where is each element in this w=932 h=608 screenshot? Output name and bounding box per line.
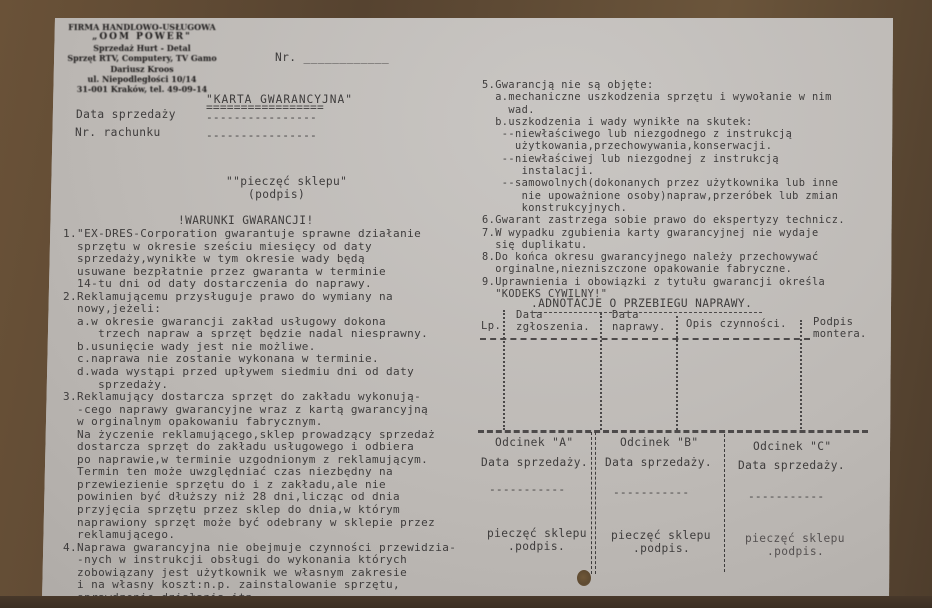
shop-stamp-label: ""pieczęć sklepu" — [226, 176, 347, 189]
repairs-table-heading: .ADNOTACJE O PRZEBIEGU NAPRAWY. — [531, 298, 752, 311]
condition-line: w orginalnym opakowaniu fabrycznym. — [63, 416, 456, 429]
stamp-line: „OOM POWER" — [62, 32, 222, 42]
sale-date-label: Data sprzedaży — [76, 109, 176, 122]
coupon-c-title: Odcinek "C" — [753, 441, 832, 454]
condition-line: --samowolnych(dokonanych przez użytkowni… — [482, 177, 845, 189]
coupon-a-title: Odcinek "A" — [495, 437, 574, 450]
coupon-a-stamp: pieczęć sklepu — [487, 528, 587, 541]
coupon-b-sign: .podpis. — [633, 543, 690, 556]
coupon-a-date-label: Data sprzedaży. — [481, 457, 588, 470]
repairs-heading-underline — [534, 312, 762, 313]
condition-line: 5.Gwarancją nie są objęte: — [482, 79, 845, 91]
conditions-heading: !WARUNKI GWARANCJI! — [178, 215, 314, 228]
stamp-line: 31-001 Kraków, tel. 49-09-14 — [62, 84, 222, 94]
stamp-line: Dariusz Kroos — [62, 64, 222, 74]
condition-line: reklamującego. — [63, 529, 456, 542]
sale-date-value: ---------------- — [206, 112, 317, 125]
condition-line: i na własny koszt:n.p. zainstalowanie sp… — [63, 579, 456, 592]
condition-line: d.wada wystąpi przed upływem siedmiu dni… — [63, 366, 456, 379]
company-stamp: FIRMA HANDLOWO-USŁUGOWA „OOM POWER" Sprz… — [62, 22, 222, 95]
coupon-a-date-value: ----------- — [489, 484, 565, 497]
coupon-separator — [724, 434, 728, 572]
condition-line: 8.Do końca okresu gwarancyjnego należy p… — [482, 251, 845, 263]
condition-line: 3.Reklamujący dostarcza sprzęt do zakład… — [63, 391, 456, 404]
condition-line: nie upoważnione osoby)napraw,przeróbek l… — [482, 190, 845, 202]
coupon-c-stamp: pieczęć sklepu — [745, 533, 845, 546]
coupon-b-stamp: pieczęć sklepu — [611, 530, 711, 543]
col-header-report-date-1: Data — [516, 309, 543, 322]
coupon-c-date-value: ----------- — [748, 491, 824, 504]
condition-line: instalacji. — [482, 165, 845, 177]
condition-line: 1."EX-DRES-Corporation gwarantuje sprawn… — [63, 228, 456, 241]
condition-line: 14-tu dni od daty dostarczenia do napraw… — [63, 278, 456, 291]
shop-signature-label: (podpis) — [248, 189, 305, 202]
conditions-right-column: 5.Gwarancją nie są objęte: a.mechaniczne… — [482, 79, 845, 300]
condition-line: użytkowania,przechowywania,konserwacji. — [482, 140, 845, 152]
col-header-repair-date-2: naprawy. — [612, 321, 666, 334]
card-number-field: Nr. ____________ — [275, 52, 389, 65]
condition-line: --niewłaściwego lub niezgodnego z instru… — [482, 128, 845, 140]
condition-line: wad. — [482, 104, 845, 116]
condition-line: a.mechaniczne uszkodzenia sprzętu i wywo… — [482, 91, 845, 103]
table-surface-edge — [0, 596, 932, 608]
coupon-b-title: Odcinek "B" — [620, 437, 699, 450]
condition-line: się duplikatu. — [482, 239, 845, 251]
paper-stain — [577, 570, 591, 586]
stamp-line: Sprzedaż Hurt - Detal — [62, 43, 222, 53]
col-header-signature-1: Podpis — [813, 316, 853, 329]
invoice-number-label: Nr. rachunku — [75, 127, 161, 140]
col-header-lp: Lp. — [481, 320, 501, 333]
table-col-divider — [600, 313, 602, 430]
condition-line: nowy,jeżeli: — [63, 303, 456, 316]
col-header-description: Opis czynności. — [686, 318, 787, 331]
col-header-report-date-2: zgłoszenia. — [516, 321, 590, 334]
condition-line: --niewłaściwej lub niezgodnej z instrukc… — [482, 153, 845, 165]
condition-line: orginalne,niezniszczone opakowanie fabry… — [482, 263, 845, 275]
table-header-rule — [480, 338, 810, 340]
condition-line: konstrukcyjnych. — [482, 202, 845, 214]
coupon-c-date-label: Data sprzedaży. — [738, 460, 845, 473]
condition-line: 6.Gwarant zastrzega sobie prawo do ekspe… — [482, 214, 845, 226]
stamp-line: FIRMA HANDLOWO-USŁUGOWA — [62, 22, 222, 32]
coupon-c-sign: .podpis. — [767, 546, 824, 559]
col-header-signature-2: montera. — [813, 328, 867, 341]
coupon-tear-line — [478, 430, 868, 433]
condition-line: sprzedaży,wynikłe w tym okresie wady będ… — [63, 253, 456, 266]
coupon-b-date-label: Data sprzedaży. — [605, 457, 712, 470]
coupon-b-date-value: ----------- — [613, 487, 689, 500]
stamp-line: ul. Niepodległości 10/14 — [62, 74, 222, 84]
condition-line: b.uszkodzenia i wady wynikłe na skutek: — [482, 116, 845, 128]
coupon-a-sign: .podpis. — [508, 541, 565, 554]
condition-line: -nych w instrukcji obsługi do wykonania … — [63, 554, 456, 567]
col-header-repair-date-1: Data — [612, 309, 639, 322]
condition-line: 9.Uprawnienia i obowiązki z tytułu gwara… — [482, 276, 845, 288]
condition-line: dostarcza sprzęt do zakładu usługowego i… — [63, 441, 456, 454]
table-col-divider — [800, 320, 802, 432]
stamp-line: Sprzęt RTV, Computery, TV Gamo — [62, 53, 222, 63]
condition-line: przyjęcia sprzętu przez sklep do dnia,w … — [63, 504, 456, 517]
table-col-divider — [503, 310, 505, 430]
conditions-left-column: 1."EX-DRES-Corporation gwarantuje sprawn… — [63, 228, 456, 604]
table-col-divider — [676, 316, 678, 430]
coupon-separator — [591, 432, 596, 574]
invoice-number-value: ---------------- — [206, 130, 317, 143]
condition-line: 7.W wypadku zgubienia karty gwarancyjnej… — [482, 227, 845, 239]
